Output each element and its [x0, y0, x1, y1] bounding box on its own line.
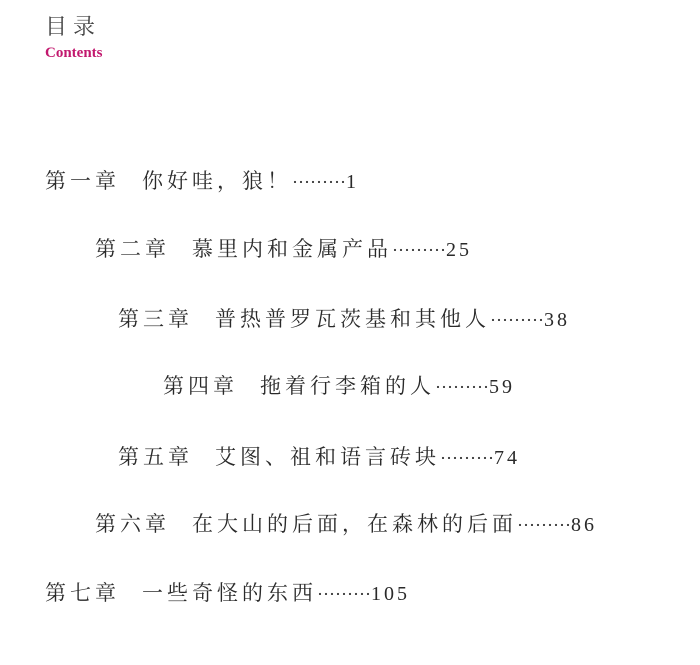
page-number: 86	[571, 514, 597, 536]
chapter-number: 第五章	[118, 444, 193, 470]
page-number: 25	[446, 239, 472, 261]
dot-leader: ·········	[292, 172, 346, 192]
dot-leader: ·········	[392, 240, 446, 260]
chapter-number: 第四章	[163, 373, 238, 399]
page-title: 目录	[45, 14, 103, 42]
chapter-title: 拖着行李箱的人	[260, 374, 435, 398]
chapter-number: 第七章	[45, 580, 120, 606]
chapter-title: 慕里内和金属产品	[192, 237, 392, 261]
dot-leader: ·········	[517, 515, 571, 535]
page-number: 1	[346, 171, 359, 193]
chapter-number: 第六章	[95, 511, 170, 537]
chapter-title: 你好哇，狼！	[142, 169, 292, 193]
dot-leader: ·········	[435, 377, 489, 397]
toc-entry-5[interactable]: 第五章艾图、祖和语言砖块·········74	[118, 444, 520, 471]
page-subtitle: Contents	[45, 44, 103, 62]
chapter-title: 艾图、祖和语言砖块	[215, 445, 440, 469]
toc-header: 目录 Contents	[45, 14, 103, 62]
chapter-title: 普热普罗瓦茨基和其他人	[215, 307, 490, 331]
page-number: 59	[489, 376, 515, 398]
toc-entry-2[interactable]: 第二章慕里内和金属产品·········25	[95, 236, 472, 263]
page-number: 74	[494, 447, 520, 469]
toc-entry-7[interactable]: 第七章一些奇怪的东西·········105	[45, 580, 410, 607]
chapter-title: 一些奇怪的东西	[142, 581, 317, 605]
toc-entry-3[interactable]: 第三章普热普罗瓦茨基和其他人·········38	[118, 306, 570, 333]
toc-entry-6[interactable]: 第六章在大山的后面，在森林的后面·········86	[95, 511, 597, 538]
chapter-title: 在大山的后面，在森林的后面	[192, 512, 517, 536]
chapter-number: 第三章	[118, 306, 193, 332]
chapter-number: 第一章	[45, 168, 120, 194]
page-number: 38	[544, 309, 570, 331]
dot-leader: ·········	[317, 584, 371, 604]
toc-entry-1[interactable]: 第一章你好哇，狼！·········1	[45, 168, 359, 195]
page-number: 105	[371, 583, 410, 605]
dot-leader: ·········	[490, 310, 544, 330]
toc-entry-4[interactable]: 第四章拖着行李箱的人·········59	[163, 373, 515, 400]
chapter-number: 第二章	[95, 236, 170, 262]
dot-leader: ·········	[440, 448, 494, 468]
